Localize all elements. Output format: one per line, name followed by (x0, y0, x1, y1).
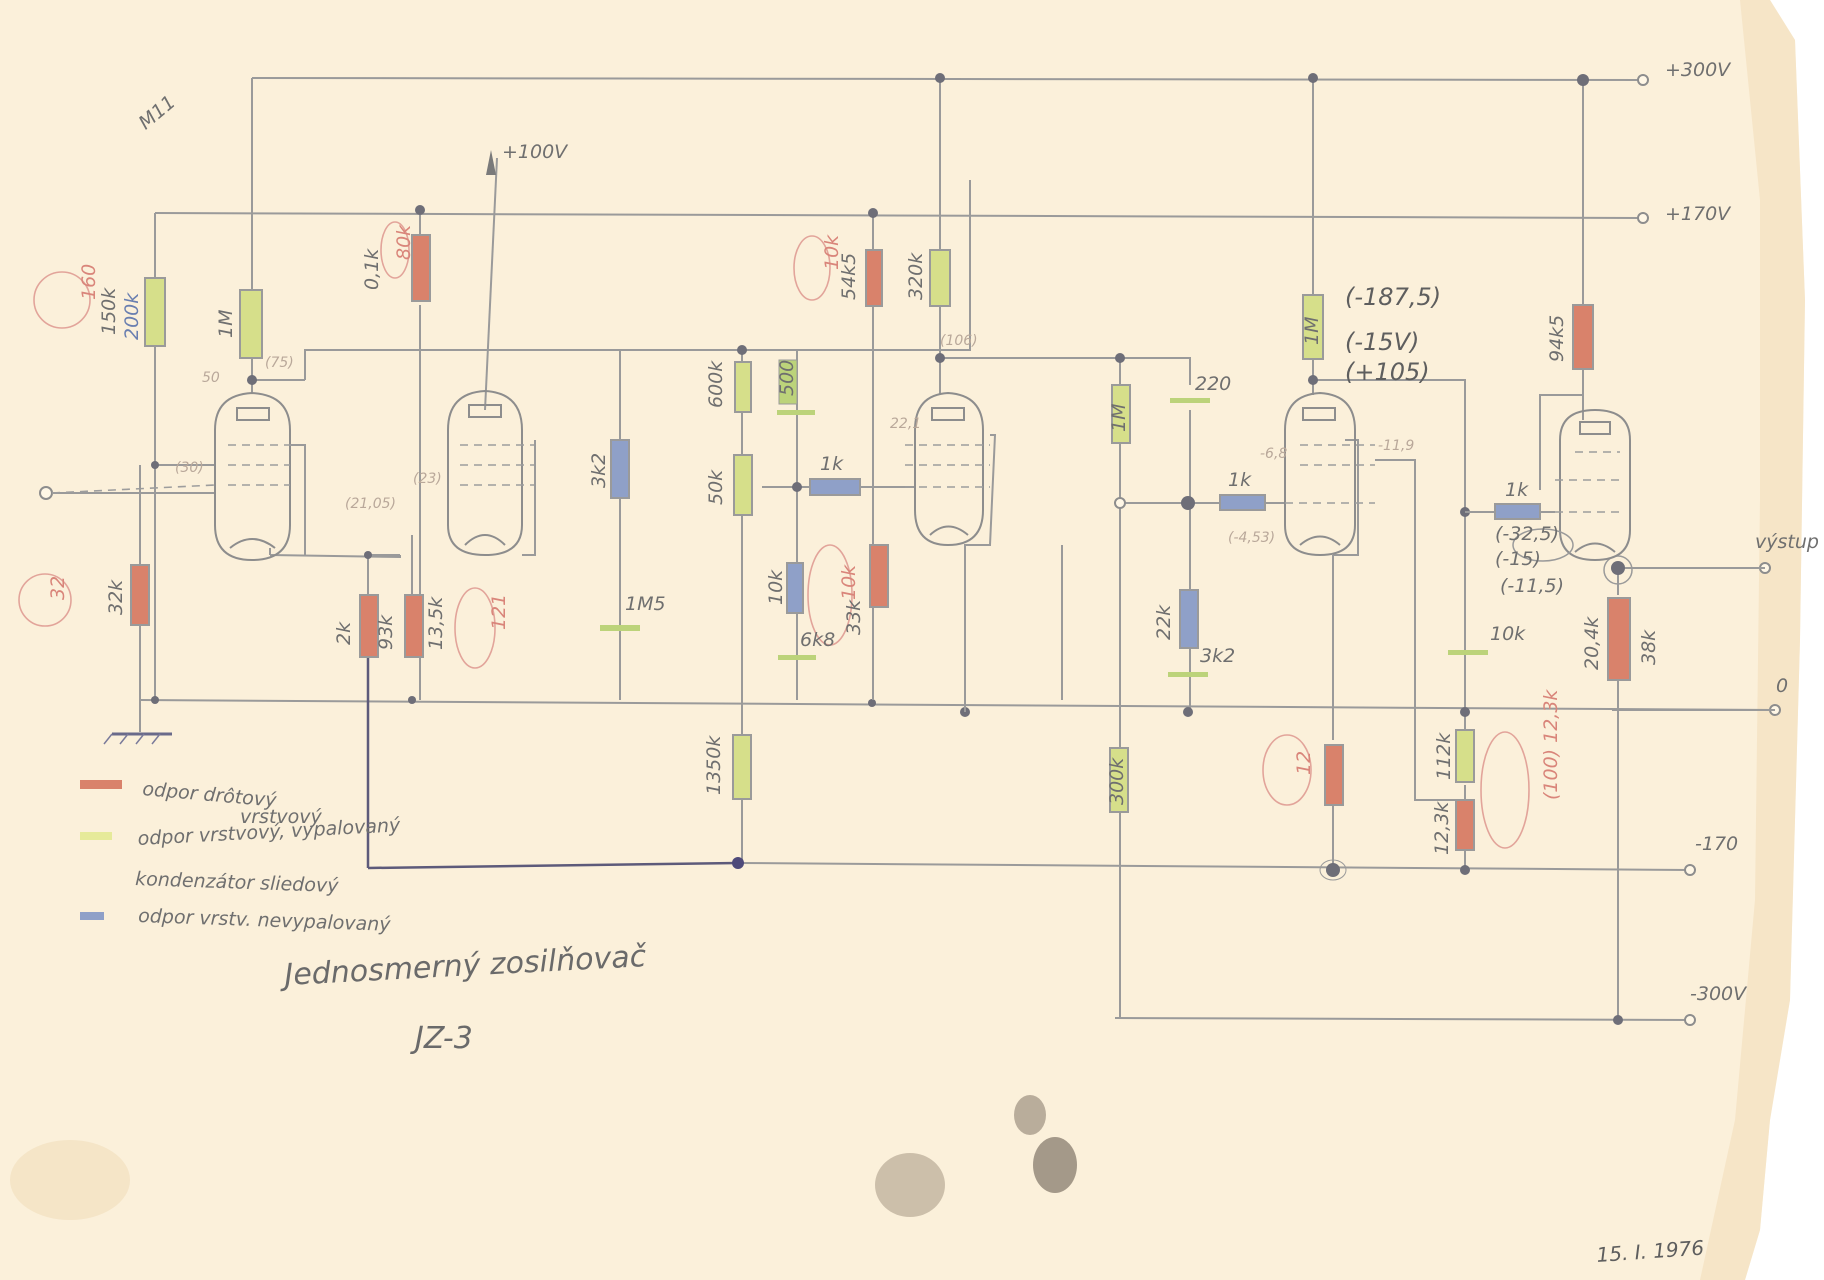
terminal-minus170[interactable] (1685, 865, 1695, 875)
label-1m-a: 1M (215, 310, 237, 338)
note-12: 12 (1293, 751, 1315, 775)
capacitor-1m5 (600, 625, 640, 631)
note-10k-b: 10k (821, 234, 843, 270)
resistor-200k (145, 278, 165, 346)
resistor-1350k (733, 735, 751, 799)
resistor-stage4-cathode (1325, 745, 1343, 805)
voltage-6-8: -6,8 (1260, 446, 1287, 462)
label-1m-b: 1M (1301, 317, 1323, 345)
schematic-sheet: M11 +300V +170V +100V 0 -170 -300V výstu… (0, 0, 1824, 1280)
voltage-minus-15: (-15) (1495, 548, 1541, 570)
voltage-50: 50 (202, 370, 220, 386)
resistor-54k5 (866, 250, 882, 306)
label-20-4k: 20,4k (1581, 616, 1603, 670)
resistor-32k (131, 565, 149, 625)
resistor-1k-c (1495, 504, 1540, 519)
terminal-minus300[interactable] (1685, 1015, 1695, 1025)
label-112k: 112k (1433, 732, 1455, 780)
terminal-input[interactable] (40, 487, 52, 499)
voltage-minus-15v: (-15V) (1345, 328, 1419, 356)
label-0-1k: 0,1k (361, 248, 383, 290)
label-1m5: 1M5 (625, 593, 666, 615)
voltage-23: (23) (413, 471, 442, 487)
note-32: 32 (47, 576, 69, 600)
label-ground: 0 (1776, 675, 1788, 697)
capacitor-10k (1448, 650, 1488, 655)
note-100-12-3k: (100) 12,3k (1540, 689, 1562, 800)
terminal-plus300[interactable] (1638, 75, 1648, 85)
label-output: výstup (1755, 531, 1819, 553)
voltage-75: (75) (265, 355, 294, 371)
label-38k: 38k (1638, 629, 1660, 665)
label-2k: 2k (333, 621, 355, 645)
resistor-112k (1456, 730, 1474, 782)
resistor-22k (1180, 590, 1198, 648)
label-320k: 320k (905, 252, 927, 300)
label-6k8: 6k8 (800, 629, 835, 651)
note-10k-a: 10k (838, 564, 860, 600)
label-1350k: 1350k (703, 735, 725, 795)
voltage-4-53: (-4,53) (1228, 530, 1275, 546)
resistor-13-5k (405, 595, 423, 657)
voltage-106: (106) (940, 333, 978, 349)
label-1m-c: 1M (1108, 404, 1130, 432)
label-200k: 200k (121, 292, 143, 340)
label-220: 220 (1195, 373, 1231, 395)
voltage-minus-32-5: (-32,5) (1495, 523, 1559, 545)
voltage-11-9: -11,9 (1378, 438, 1414, 454)
resistor-94k5 (1573, 305, 1593, 369)
resistor-38k (1608, 598, 1630, 680)
note-160: 160 (78, 264, 100, 300)
label-93k: 93k (375, 614, 397, 650)
capacitor-3k2 (1168, 672, 1208, 677)
label-22k: 22k (1153, 604, 1175, 640)
legend-swatch-film (80, 832, 112, 840)
label-94k5: 94k5 (1546, 315, 1568, 362)
voltage-minus-187-5: (-187,5) (1345, 283, 1441, 311)
label-3k2-cap: 3k2 (1200, 645, 1235, 667)
resistor-1k-b (1220, 495, 1265, 510)
voltage-plus-105: (+105) (1345, 358, 1430, 386)
label-plus100: +100V (502, 141, 569, 163)
note-80k: 80k (393, 224, 415, 260)
label-50k: 50k (705, 469, 727, 505)
resistor-600k (735, 362, 751, 412)
label-1k-a: 1k (820, 453, 844, 475)
voltage-minus-11-5: (-11,5) (1500, 575, 1564, 597)
label-1k-c: 1k (1505, 479, 1529, 501)
label-13-5k: 13,5k (425, 596, 447, 650)
label-minus170: -170 (1695, 833, 1738, 855)
resistor-320k (930, 250, 950, 306)
voltage-22-1: 22,1 (890, 416, 921, 432)
resistor-3k2 (611, 440, 629, 498)
resistor-10k-a (787, 563, 803, 613)
capacitor-6k8 (778, 655, 816, 660)
label-33k: 33k (843, 599, 865, 635)
label-plus300: +300V (1665, 59, 1732, 81)
voltage-30: (30) (175, 460, 204, 476)
label-1k-b: 1k (1228, 469, 1252, 491)
resistor-1k-a (810, 479, 860, 495)
note-121: 121 (488, 594, 510, 630)
potentiometer-50k[interactable] (734, 455, 752, 515)
label-32k: 32k (105, 579, 127, 615)
label-300k: 300k (1106, 757, 1128, 805)
label-10k-a: 10k (765, 569, 787, 605)
capacitor-500-plate (777, 410, 815, 415)
drawing-designation: JZ-3 (410, 1021, 473, 1056)
label-600k: 600k (705, 360, 727, 408)
label-12-3k: 12,3k (1431, 801, 1453, 855)
legend-swatch-unfired (80, 912, 104, 920)
label-minus300: -300V (1690, 983, 1748, 1005)
label-plus170: +170V (1665, 203, 1732, 225)
paper (0, 0, 1805, 1280)
resistor-12-3k (1456, 800, 1474, 850)
capacitor-220 (1170, 398, 1210, 403)
terminal-plus170[interactable] (1638, 213, 1648, 223)
resistor-stage3-cathode (870, 545, 888, 607)
resistor-1m-anode1 (240, 290, 262, 358)
label-500: 500 (776, 360, 798, 396)
voltage-21-05: (21,05) (345, 496, 396, 512)
label-150k: 150k (98, 287, 120, 335)
label-10k-cap: 10k (1490, 623, 1526, 645)
legend-swatch-wire-wound (80, 780, 122, 789)
label-3k2: 3k2 (588, 453, 610, 488)
